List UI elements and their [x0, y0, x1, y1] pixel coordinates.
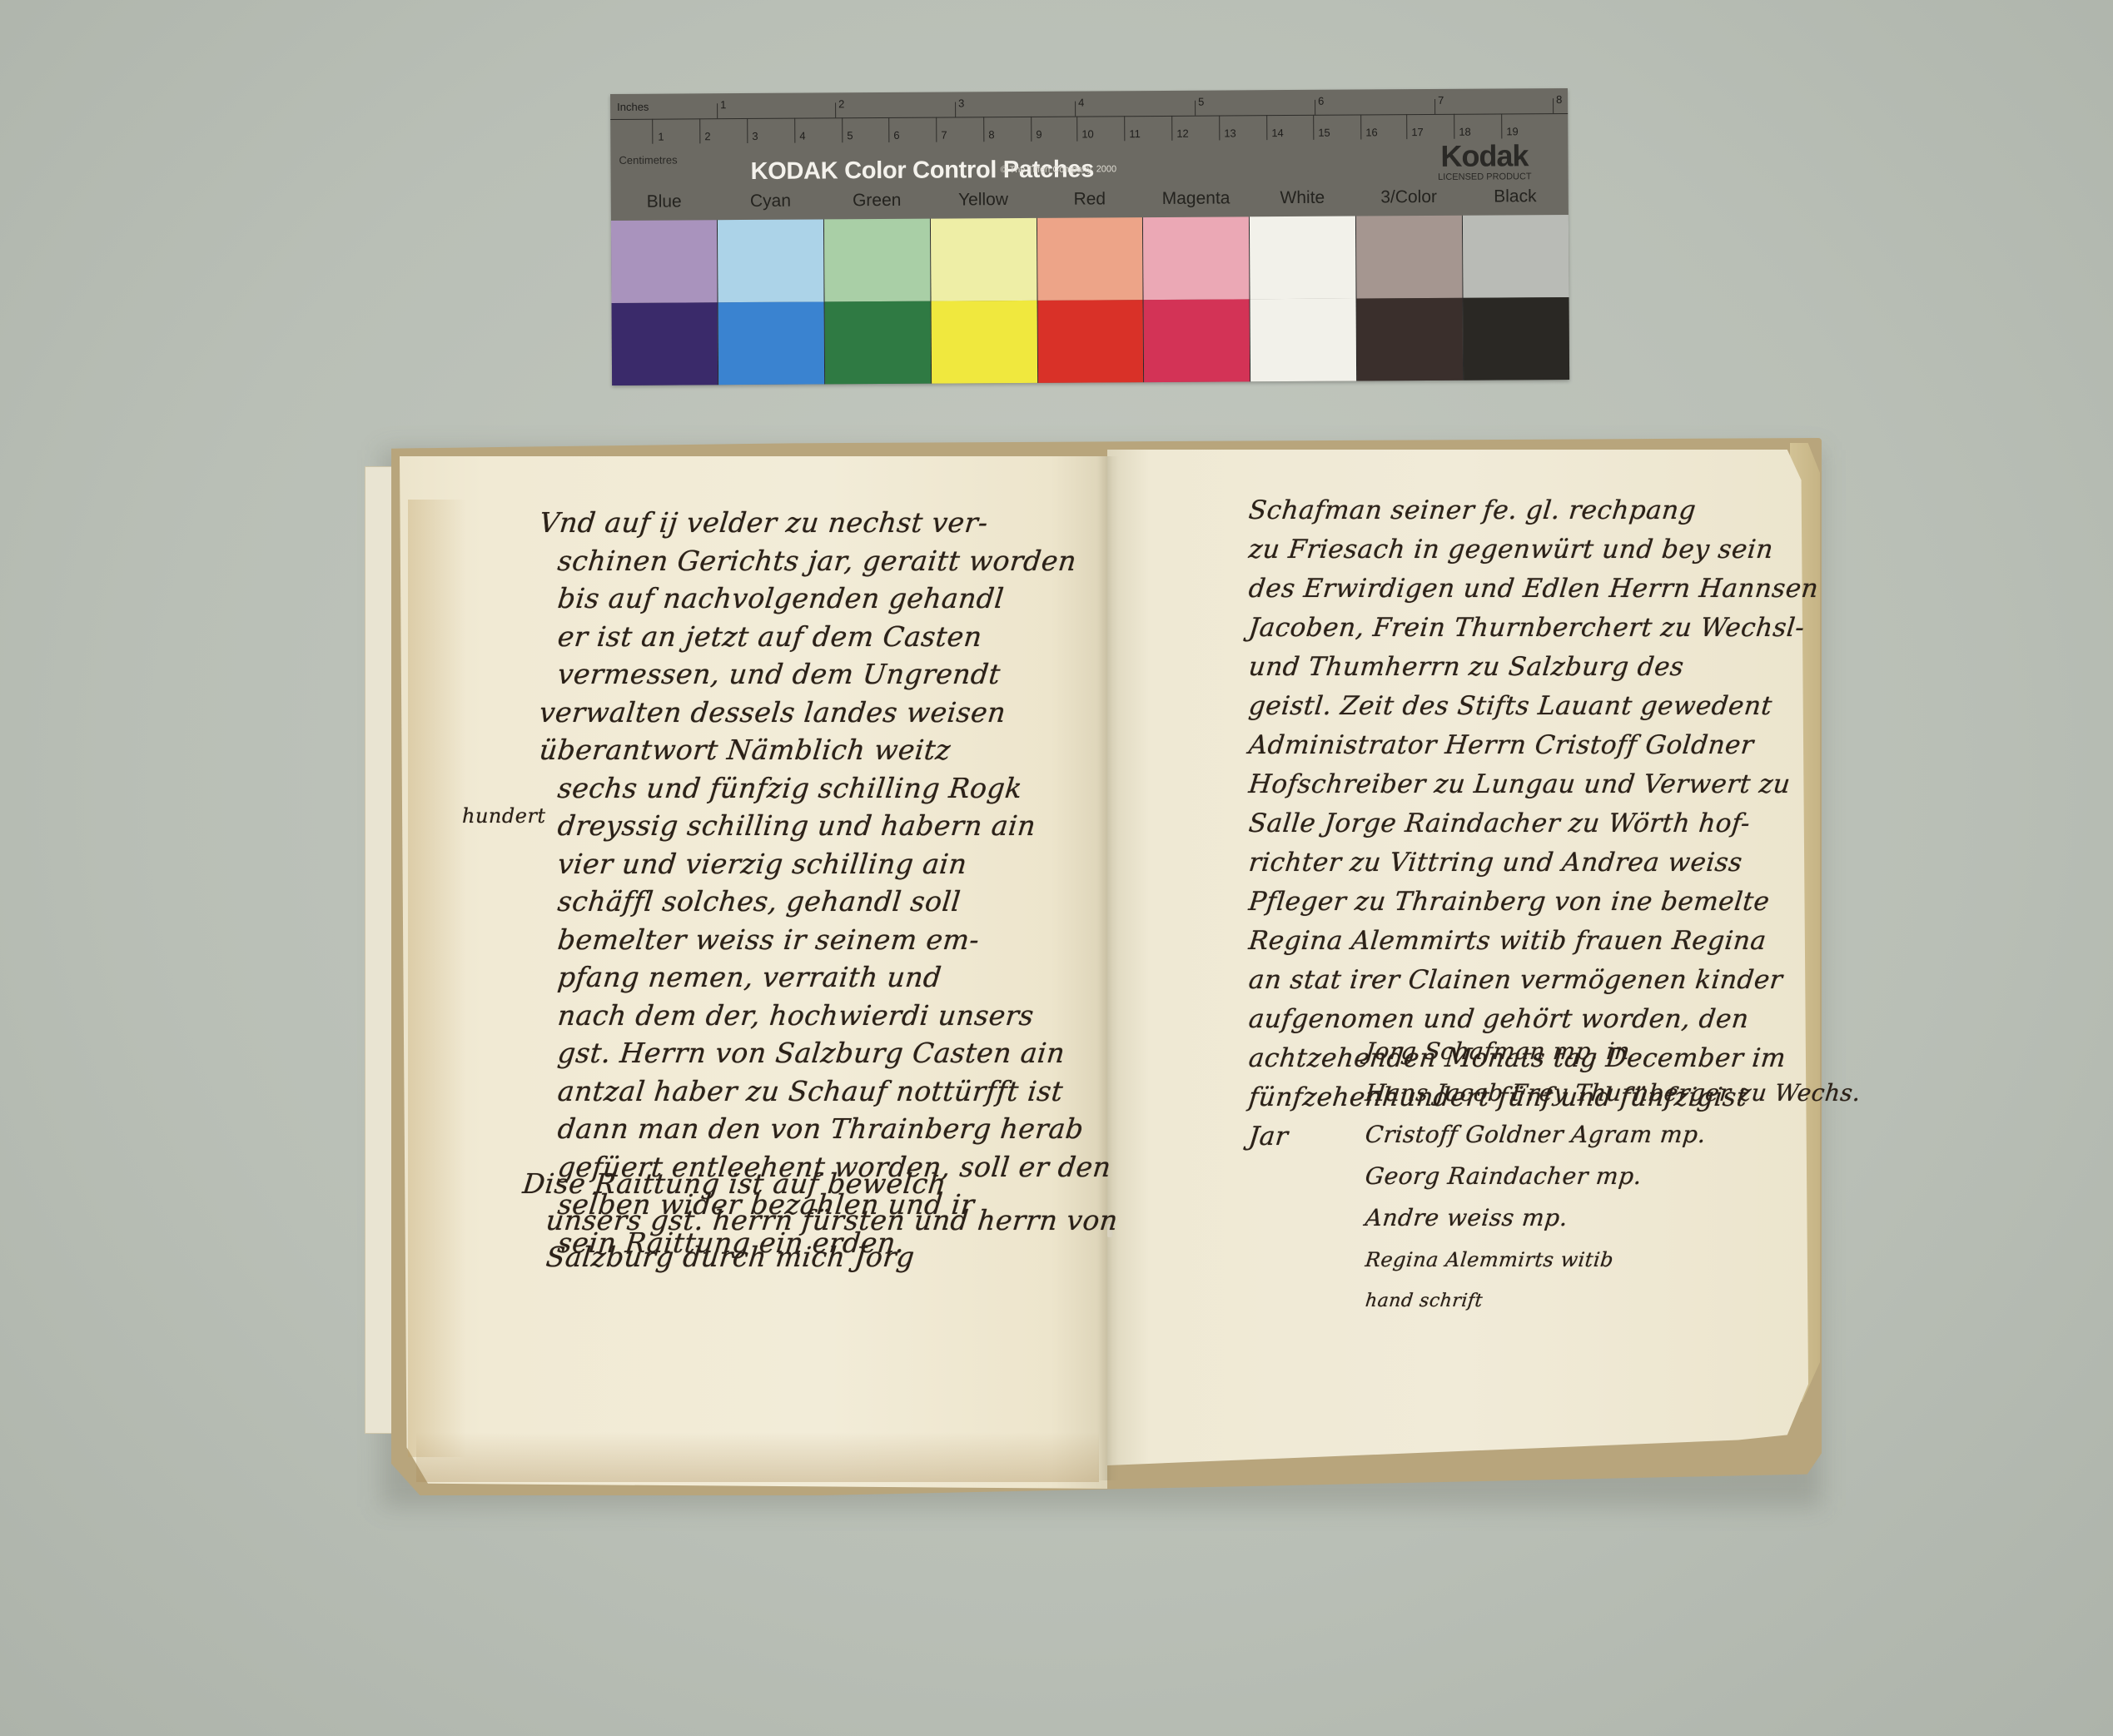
text-line: gst. Herrn von Salzburg Casten ain — [538, 1034, 1113, 1072]
patch-green — [824, 219, 932, 385]
patch-label-cyan: Cyan — [717, 191, 823, 218]
copyright-text: © The Tiffen Company, 2000 — [1001, 164, 1117, 175]
patch-labels: Blue Cyan Green Yellow Red Magenta White… — [611, 187, 1569, 219]
patch-red — [1037, 217, 1144, 383]
text-line: unsers gst. herrn fürsten und herrn von — [521, 1202, 1120, 1239]
kodak-logo: Kodak — [1440, 138, 1528, 174]
cm-mark: 12 — [1176, 127, 1189, 140]
patch-label-blue: Blue — [611, 192, 718, 219]
cm-mark: 3 — [752, 130, 758, 142]
cm-mark: 16 — [1365, 126, 1378, 138]
text-line: geistl. Zeit des Stifts Lauant gewedent — [1247, 687, 1821, 726]
kodak-color-target: Inches 1 2 3 4 5 6 7 8 1 2 3 4 5 6 7 8 9… — [610, 88, 1569, 386]
signature-line: Cristoff Goldner Agram mp. — [1363, 1114, 1862, 1156]
text-line: Schafman seiner fe. gl. rechpang — [1247, 491, 1821, 530]
patch-label-green: Green — [823, 191, 930, 218]
text-line: an stat irer Clainen vermögenen kinder — [1247, 961, 1821, 1000]
cm-mark: 5 — [847, 129, 853, 142]
patch-label-yellow: Yellow — [930, 190, 1037, 217]
cm-mark: 17 — [1411, 126, 1424, 138]
cm-mark: 4 — [799, 130, 805, 142]
margin-note: hundert — [462, 804, 546, 828]
text-line: Dise Raittung ist auf bewelch — [521, 1166, 1120, 1202]
color-patches — [611, 215, 1569, 386]
cm-mark: 19 — [1506, 125, 1519, 137]
ruler: Inches 1 2 3 4 5 6 7 8 1 2 3 4 5 6 7 8 9… — [610, 88, 1568, 154]
cm-mark: 6 — [893, 129, 899, 142]
signature-line: Georg Raindacher mp. — [1363, 1156, 1862, 1197]
text-line: dreyssig schilling und habern ain — [538, 807, 1113, 845]
text-line: Salzburg durch mich Jorg — [521, 1239, 1120, 1276]
patch-cyan — [718, 219, 825, 385]
text-line: pfang nemen, verraith und — [538, 958, 1113, 997]
cm-mark: 8 — [988, 128, 994, 141]
inch-mark: 1 — [720, 98, 726, 111]
patch-label-magenta: Magenta — [1143, 188, 1250, 216]
text-line: Pfleger zu Thrainberg von ine bemelte — [1247, 883, 1821, 922]
text-line: schinen Gerichts jar, geraitt worden — [538, 542, 1113, 580]
patch-magenta — [1143, 216, 1250, 382]
text-line: Regina Alemmirts witib frauen Regina — [1247, 922, 1821, 961]
text-line: Vnd auf ij velder zu nechst ver- — [538, 504, 1113, 542]
signatures-block: Jorg Schafman mp. in Hans Jacob Frey Thu… — [1365, 1031, 1861, 1322]
cm-mark: 7 — [941, 129, 947, 142]
text-line: antzal haber zu Schauf nottürfft ist — [538, 1072, 1113, 1111]
text-line: Administrator Herrn Cristoff Goldner — [1247, 726, 1821, 765]
cm-mark: 10 — [1081, 127, 1094, 140]
signature-line: Andre weiss mp. — [1363, 1197, 1862, 1239]
text-line: er ist an jetzt auf dem Casten — [538, 618, 1113, 656]
text-line: verwalten dessels landes weisen — [538, 694, 1113, 732]
inch-mark: 5 — [1198, 96, 1204, 108]
text-line: sechs und fünfzig schilling Rogk — [538, 769, 1113, 808]
inches-label: Inches — [617, 101, 649, 113]
inch-mark: 8 — [1556, 93, 1562, 106]
text-line: bis auf nachvolgenden gehandl — [538, 579, 1113, 618]
inch-mark: 6 — [1318, 95, 1324, 107]
inch-mark: 7 — [1438, 94, 1444, 107]
ruler-inches-row — [610, 88, 1568, 120]
text-line: des Erwirdigen und Edlen Herrn Hannsen — [1247, 570, 1821, 609]
patch-3color — [1356, 216, 1464, 381]
cm-mark: 14 — [1271, 127, 1284, 139]
text-line: vermessen, und dem Ungrendt — [538, 655, 1113, 694]
text-line: zu Friesach in gegenwürt und bey sein — [1247, 530, 1821, 570]
left-page-stain — [408, 500, 466, 1457]
patch-label-3color: 3/Color — [1355, 187, 1462, 215]
centimetres-label: Centimetres — [619, 154, 677, 167]
cm-mark: 18 — [1459, 126, 1471, 138]
cm-mark: 15 — [1318, 127, 1330, 139]
cm-mark: 2 — [704, 130, 710, 142]
patch-label-red: Red — [1037, 189, 1143, 216]
bottom-edge-stain — [416, 1432, 1099, 1482]
cm-mark: 9 — [1036, 128, 1042, 141]
signature-line: Jorg Schafman mp. in — [1363, 1031, 1862, 1072]
text-line: Jacoben, Frein Thurnberchert zu Wechsl- — [1247, 609, 1821, 648]
cm-mark: 1 — [658, 131, 664, 143]
patch-blue — [611, 220, 718, 386]
text-line: richter zu Vittring und Andrea weiss — [1247, 843, 1821, 883]
text-line: schäffl solches, gehandl soll — [538, 883, 1113, 921]
text-line: Hofschreiber zu Lungau und Verwert zu — [1247, 765, 1821, 804]
text-line: überantwort Nämblich weitz — [538, 731, 1113, 769]
signature-line: Hans Jacob Frey Thurnberger zu Wechs. — [1363, 1072, 1862, 1114]
patch-black — [1463, 215, 1569, 381]
text-line: und Thumherrn zu Salzburg des — [1247, 648, 1821, 687]
licensed-product-text: LICENSED PRODUCT — [1438, 172, 1532, 182]
inch-mark: 2 — [838, 97, 844, 110]
text-line: Salle Jorge Raindacher zu Wörth hof- — [1247, 804, 1821, 843]
text-line: dann man den von Thrainberg herab — [538, 1110, 1113, 1148]
patch-label-white: White — [1249, 188, 1355, 216]
patch-yellow — [931, 218, 1038, 384]
signature-line: Regina Alemmirts witib — [1363, 1239, 1862, 1281]
left-page-text: Vnd auf ij velder zu nechst ver- schinen… — [539, 504, 1111, 1261]
signature-line: hand schrift — [1363, 1281, 1862, 1322]
left-page-paragraph-2: Dise Raittung ist auf bewelch unsers gst… — [523, 1166, 1118, 1276]
text-line: bemelter weiss ir seinem em- — [538, 921, 1113, 959]
text-line: nach dem der, hochwierdi unsers — [538, 997, 1113, 1035]
cm-mark: 13 — [1224, 127, 1236, 139]
patch-label-black: Black — [1462, 187, 1569, 214]
cm-mark: 11 — [1129, 127, 1141, 140]
inch-mark: 4 — [1078, 97, 1084, 109]
inch-mark: 3 — [958, 97, 964, 109]
patch-white — [1250, 216, 1357, 382]
text-line: vier und vierzig schilling ain — [538, 845, 1113, 883]
